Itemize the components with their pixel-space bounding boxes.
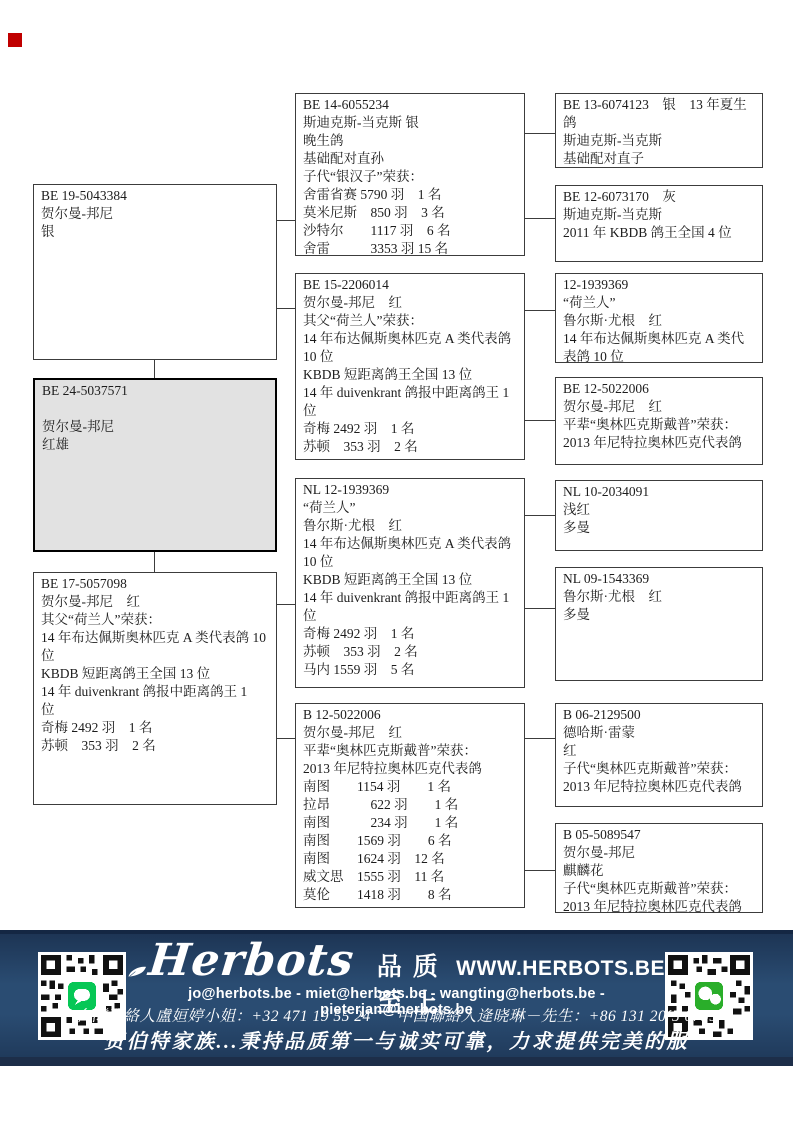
text-line: 基础配对直子 (563, 150, 757, 168)
feather-icon (128, 962, 147, 982)
connector-line (525, 738, 555, 739)
text-line: 苏顿 353 羽 2 名 (303, 643, 519, 661)
contact-taiwan: 台灣聯絡人盧姮婷小姐：+32 471 19 55 24 (76, 1008, 371, 1025)
text-line: BE 14-6055234 (303, 96, 519, 114)
text-line: 苏顿 353 羽 2 名 (41, 737, 271, 755)
text-line: 2013 年尼特拉奥林匹克代表鸽 (563, 778, 757, 796)
text-line: 表鸽 10 位 (563, 348, 757, 363)
dam-dam-dam-box: B 05-5089547贺尔曼-邦尼麒麟花子代“奥林匹克斯戴普”荣获：2013 … (555, 823, 763, 913)
herbots-logo: Herbots (146, 938, 356, 984)
sire-sire-box: BE 14-6055234斯迪克斯-当克斯 银晚生鸽基础配对直孙子代“银汉子”荣… (295, 93, 525, 256)
dam-dam-sire-box: B 06-2129500德哈斯·雷蒙红子代“奥林匹克斯戴普”荣获：2013 年尼… (555, 703, 763, 807)
connector-line (154, 360, 155, 378)
text-line: 10 位 (303, 348, 519, 366)
connector-line (525, 218, 555, 219)
text-line: 2013 年尼特拉奥林匹克代表鸽 (303, 760, 519, 778)
sire-sire-dam-box: BE 12-6073170 灰斯迪克斯-当克斯2011 年 KBDB 鸽王全国 … (555, 185, 763, 262)
text-line: 平辈“奥林匹克斯戴普”荣获： (563, 416, 757, 434)
text-line: 贺尔曼-邦尼 (41, 205, 271, 223)
text-line: 位 (41, 701, 271, 719)
dam-box: BE 17-5057098贺尔曼-邦尼 红其父“荷兰人”荣获：14 年布达佩斯奥… (33, 572, 277, 805)
text-line: B 12-5022006 (303, 706, 519, 724)
text-line: 鸽 (563, 114, 757, 132)
sire-box: BE 19-5043384贺尔曼-邦尼银 (33, 184, 277, 360)
text-line: 威文思 1555 羽 11 名 (303, 868, 519, 886)
text-line: 14 年 duivenkrant 鸽报中距离鸽王 1 (41, 683, 271, 701)
text-line: 14 年布达佩斯奥林匹克 A 类代表鸽 (303, 535, 519, 553)
text-line: 14 年 duivenkrant 鸽报中距离鸽王 1 (303, 589, 519, 607)
text-line: 位 (41, 647, 271, 665)
text-line: 马内 1559 羽 5 名 (303, 661, 519, 679)
sire-sire-sire-box: BE 13-6074123 银 13 年夏生鸽斯迪克斯-当克斯基础配对直子 (555, 93, 763, 168)
text-line: 其父“荷兰人”荣获： (303, 312, 519, 330)
text-line: BE 24-5037571 (42, 382, 270, 400)
text-line: 红雄 (42, 436, 270, 454)
text-line: 晚生鸽 (303, 132, 519, 150)
text-line: 南图 234 羽 1 名 (303, 814, 519, 832)
text-line: 14 年布达佩斯奥林匹克 A 类代 (563, 330, 757, 348)
text-line: 基础配对直孙 (303, 150, 519, 168)
text-line: 贺尔曼-邦尼 红 (41, 593, 271, 611)
text-line: 位 (303, 402, 519, 420)
connector-line (277, 220, 295, 221)
text-line: KBDB 短距离鸽王全国 13 位 (41, 665, 271, 683)
text-line: 莫伦 1418 羽 8 名 (303, 886, 519, 904)
sire-dam-dam-box: BE 12-5022006贺尔曼-邦尼 红平辈“奥林匹克斯戴普”荣获：2013 … (555, 377, 763, 465)
text-line: BE 17-5057098 (41, 575, 271, 593)
connector-line (277, 738, 295, 739)
dam-sire-box: NL 12-1939369“荷兰人”鲁尔斯·尤根 红14 年布达佩斯奥林匹克 A… (295, 478, 525, 688)
text-line: NL 09-1543369 (563, 570, 757, 588)
contact-china: 中国聯絡人逄晓琳－先生：+86 131 20´5 0755 (397, 1008, 718, 1025)
contacts-line: 台灣聯絡人盧姮婷小姐：+32 471 19 55 24中国聯絡人逄晓琳－先生：+… (68, 1004, 725, 1026)
subject-box: BE 24-5037571贺尔曼-邦尼红雄 (33, 378, 277, 552)
text-line: 贺尔曼-邦尼 红 (303, 294, 519, 312)
footer-banner: Herbots 品质至上 WWW.HERBOTS.BE jo@herbots.b… (0, 930, 793, 1066)
text-line: 斯迪克斯-当克斯 (563, 206, 757, 224)
text-line: 贺尔曼-邦尼 (563, 844, 757, 862)
text-line: “荷兰人” (303, 499, 519, 517)
slogan-line: 贺伯特家族...秉持品质第一与诚实可靠，力求提供完美的服务！ (88, 1025, 705, 1083)
text-line: 南图 1624 羽 12 名 (303, 850, 519, 868)
connector-line (277, 308, 295, 309)
sire-dam-box: BE 15-2206014贺尔曼-邦尼 红其父“荷兰人”荣获：14 年布达佩斯奥… (295, 273, 525, 460)
text-line: 贺尔曼-邦尼 红 (563, 398, 757, 416)
text-line: 多曼 (563, 606, 757, 624)
website-text: WWW.HERBOTS.BE (456, 957, 665, 981)
text-line: BE 12-6073170 灰 (563, 188, 757, 206)
text-line: 子代“奥林匹克斯戴普”荣获： (563, 760, 757, 778)
text-line: 鲁尔斯·尤根 红 (563, 312, 757, 330)
text-line: 斯迪克斯-当克斯 (563, 132, 757, 150)
text-line: 14 年布达佩斯奥林匹克 A 类代表鸽 10 (41, 629, 271, 647)
text-line: 平辈“奥林匹克斯戴普”荣获： (303, 742, 519, 760)
text-line: 苏顿 353 羽 2 名 (303, 438, 519, 456)
text-line: 德哈斯·雷蒙 (563, 724, 757, 742)
footer-content: Herbots 品质至上 WWW.HERBOTS.BE jo@herbots.b… (128, 930, 665, 1066)
pedigree-page: BE 19-5043384贺尔曼-邦尼银 BE 24-5037571贺尔曼-邦尼… (0, 0, 793, 1122)
text-line: 南图 1569 羽 6 名 (303, 832, 519, 850)
text-line: 麒麟花 (563, 862, 757, 880)
sire-dam-sire-box: 12-1939369“荷兰人”鲁尔斯·尤根 红14 年布达佩斯奥林匹克 A 类代… (555, 273, 763, 363)
text-line: 舍雷 3353 羽 15 名 (303, 240, 519, 256)
text-line: KBDB 短距离鸽王全国 13 位 (303, 366, 519, 384)
connector-line (525, 420, 555, 421)
text-line: NL 10-2034091 (563, 483, 757, 501)
text-line: 12-1939369 (563, 276, 757, 294)
text-line: 鲁尔斯·尤根 红 (563, 588, 757, 606)
text-line: 贺尔曼-邦尼 (42, 418, 270, 436)
text-line: BE 13-6074123 银 13 年夏生 (563, 96, 757, 114)
text-line: 贺尔曼-邦尼 红 (303, 724, 519, 742)
text-line: 2011 年 KBDB 鸽王全国 4 位 (563, 224, 757, 242)
text-line: 拉昂 622 羽 1 名 (303, 796, 519, 814)
connector-line (277, 604, 295, 605)
text-line: 沙特尔 1117 羽 6 名 (303, 222, 519, 240)
text-line: 子代“奥林匹克斯戴普”荣获： (563, 880, 757, 898)
text-line: 奇梅 2492 羽 1 名 (41, 719, 271, 737)
connector-line (525, 515, 555, 516)
text-line: KBDB 短距离鸽王全国 13 位 (303, 571, 519, 589)
text-line: B 05-5089547 (563, 826, 757, 844)
text-line: 位 (303, 607, 519, 625)
text-line: 2013 年尼特拉奥林匹克代表鸽 (563, 434, 757, 452)
text-line: 斯迪克斯-当克斯 银 (303, 114, 519, 132)
text-line: 银 (41, 223, 271, 241)
text-line: 其父“荷兰人”荣获： (41, 611, 271, 629)
text-line: 鲁尔斯·尤根 红 (303, 517, 519, 535)
text-line: 奇梅 2492 羽 1 名 (303, 420, 519, 438)
text-line: 14 年布达佩斯奥林匹克 A 类代表鸽 (303, 330, 519, 348)
text-line: BE 15-2206014 (303, 276, 519, 294)
text-line: 10 位 (303, 553, 519, 571)
text-line: B 06-2129500 (563, 706, 757, 724)
text-line (42, 400, 270, 418)
text-line: 奇梅 2492 羽 1 名 (303, 625, 519, 643)
text-line: 红 (563, 742, 757, 760)
text-line: 14 年 duivenkrant 鸽报中距离鸽王 1 (303, 384, 519, 402)
text-line: 南图 1154 羽 1 名 (303, 778, 519, 796)
text-line: 舍雷省赛 5790 羽 1 名 (303, 186, 519, 204)
dam-sire-sire-box: NL 10-2034091浅红多曼 (555, 480, 763, 551)
connector-line (525, 870, 555, 871)
dam-dam-box: B 12-5022006贺尔曼-邦尼 红平辈“奥林匹克斯戴普”荣获：2013 年… (295, 703, 525, 908)
text-line: NL 12-1939369 (303, 481, 519, 499)
text-line: 多曼 (563, 519, 757, 537)
page-corner-marker (8, 33, 22, 47)
text-line: BE 19-5043384 (41, 187, 271, 205)
connector-line (154, 552, 155, 572)
text-line: 浅红 (563, 501, 757, 519)
text-line: BE 12-5022006 (563, 380, 757, 398)
connector-line (525, 608, 555, 609)
connector-line (525, 133, 555, 134)
text-line: 子代“银汉子”荣获： (303, 168, 519, 186)
text-line: “荷兰人” (563, 294, 757, 312)
connector-line (525, 310, 555, 311)
dam-sire-dam-box: NL 09-1543369鲁尔斯·尤根 红多曼 (555, 567, 763, 681)
text-line: 2013 年尼特拉奥林匹克代表鸽 (563, 898, 757, 913)
text-line: 莫米尼斯 850 羽 3 名 (303, 204, 519, 222)
